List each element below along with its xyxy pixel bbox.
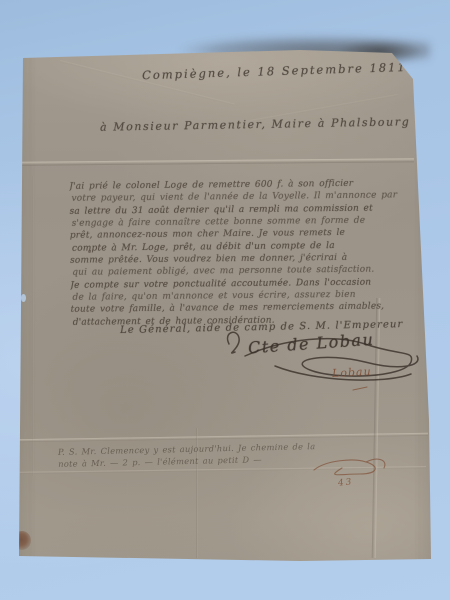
letter-recipient-line: à Monsieur Parmentier, Maire à Phalsbour…: [100, 115, 410, 133]
paper-edge-chip: [21, 294, 26, 302]
fold-crease-horizontal-upper: [22, 158, 414, 165]
fold-crease-vertical-left: [32, 176, 34, 476]
wax-seal-stain: [13, 531, 31, 550]
margin-notation: 43: [338, 477, 354, 489]
letter-body: J'ai prié le colonel Loge de remettre 60…: [69, 177, 407, 329]
letter-dateline: Compiègne, le 18 Septembre 1811.: [142, 60, 413, 82]
letter-postscript: P. S. Mr. Clemencey y est aujourd'hui. J…: [58, 440, 316, 470]
letter-paper: Compiègne, le 18 Septembre 1811. à Monsi…: [0, 0, 450, 600]
ink-blot: [88, 250, 91, 253]
countersignature: Lobau: [332, 365, 372, 380]
fold-crease-horizontal-lower: [16, 433, 428, 442]
photo-background: Compiègne, le 18 Septembre 1811. à Monsi…: [0, 0, 450, 600]
